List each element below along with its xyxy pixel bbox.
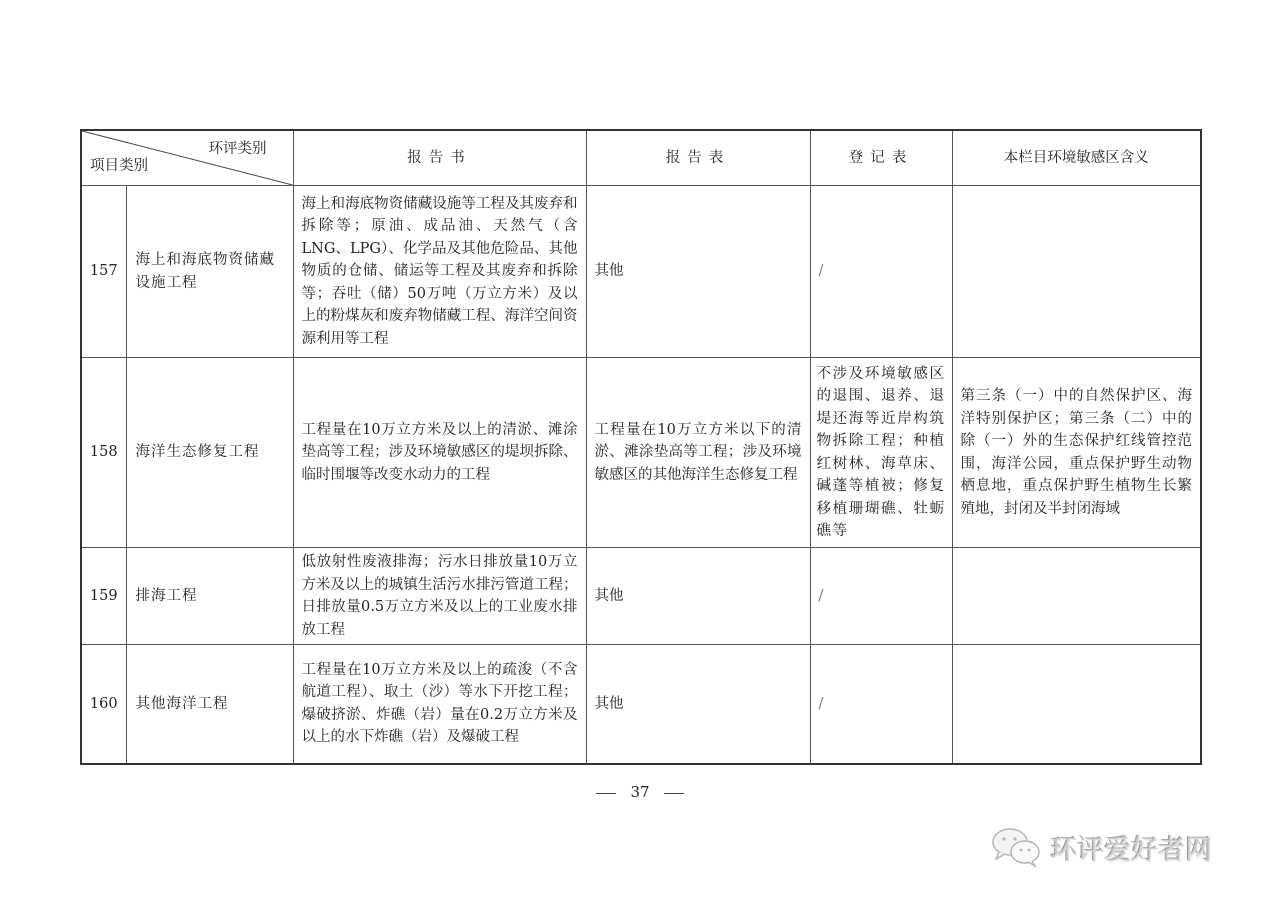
table-row: 160 其他海洋工程 工程量在10万立方米及以上的疏浚（不含航道工程）、取土（沙… xyxy=(81,645,1201,764)
report-book-criteria: 工程量在10万立方米及以上的清淤、滩涂垫高等工程；涉及环境敏感区的堤坝拆除、临时… xyxy=(293,358,586,548)
row-number: 159 xyxy=(81,548,126,645)
page-number-footer: 37 xyxy=(0,783,1280,801)
report-form-criteria: 其他 xyxy=(586,186,810,358)
report-book-criteria: 低放射性废液排海；污水日排放量10万立方米及以上的城镇生活污水排污管道工程；日排… xyxy=(293,548,586,645)
document-page: 环评类别 项目类别 报告书 报告表 登记表 本栏目环境敏感区含义 157 海上和… xyxy=(0,0,1280,905)
registration-criteria: / xyxy=(810,645,952,764)
table-row: 157 海上和海底物资储藏设施工程 海上和海底物资储藏设施等工程及其废弃和拆除等… xyxy=(81,186,1201,358)
registration-criteria: / xyxy=(810,186,952,358)
header-eia-category: 环评类别 xyxy=(209,138,267,161)
row-number: 158 xyxy=(81,358,126,548)
page-number: 37 xyxy=(630,783,649,801)
header-sensitive-area-meaning: 本栏目环境敏感区含义 xyxy=(952,130,1201,186)
dash-left xyxy=(596,793,616,794)
report-book-criteria: 海上和海底物资储藏设施等工程及其废弃和拆除等；原油、成品油、天然气（含LNG、L… xyxy=(293,186,586,358)
report-form-criteria: 工程量在10万立方米以下的清淤、滩涂垫高等工程；涉及环境敏感区的其他海洋生态修复… xyxy=(586,358,810,548)
report-form-criteria: 其他 xyxy=(586,548,810,645)
table-row: 158 海洋生态修复工程 工程量在10万立方米及以上的清淤、滩涂垫高等工程；涉及… xyxy=(81,358,1201,548)
header-report-book: 报告书 xyxy=(293,130,586,186)
project-category: 排海工程 xyxy=(126,548,293,645)
row-number: 157 xyxy=(81,186,126,358)
registration-criteria: 不涉及环境敏感区的退围、退养、退堤还海等近岸构筑物拆除工程；种植红树林、海草床、… xyxy=(810,358,952,548)
table-row: 159 排海工程 低放射性废液排海；污水日排放量10万立方米及以上的城镇生活污水… xyxy=(81,548,1201,645)
sensitive-area-meaning xyxy=(952,186,1201,358)
eia-classification-table: 环评类别 项目类别 报告书 报告表 登记表 本栏目环境敏感区含义 157 海上和… xyxy=(80,129,1202,765)
row-number: 160 xyxy=(81,645,126,764)
report-form-criteria: 其他 xyxy=(586,645,810,764)
header-registration-form: 登记表 xyxy=(810,130,952,186)
registration-criteria: / xyxy=(810,548,952,645)
wechat-icon xyxy=(990,826,1044,868)
project-category: 海上和海底物资储藏设施工程 xyxy=(126,186,293,358)
sensitive-area-meaning xyxy=(952,645,1201,764)
header-project-category: 项目类别 xyxy=(90,155,148,178)
watermark-text: 环评爱好者网 xyxy=(1050,828,1212,867)
dash-right xyxy=(664,793,684,794)
sensitive-area-meaning: 第三条（一）中的自然保护区、海洋特别保护区；第三条（二）中的除（一）外的生态保护… xyxy=(952,358,1201,548)
diagonal-header-cell: 环评类别 项目类别 xyxy=(81,130,293,186)
sensitive-area-meaning xyxy=(952,548,1201,645)
report-book-criteria: 工程量在10万立方米及以上的疏浚（不含航道工程）、取土（沙）等水下开挖工程；爆破… xyxy=(293,645,586,764)
project-category: 其他海洋工程 xyxy=(126,645,293,764)
watermark: 环评爱好者网 xyxy=(990,826,1212,868)
project-category: 海洋生态修复工程 xyxy=(126,358,293,548)
header-report-form: 报告表 xyxy=(586,130,810,186)
table-header-row: 环评类别 项目类别 报告书 报告表 登记表 本栏目环境敏感区含义 xyxy=(81,130,1201,186)
